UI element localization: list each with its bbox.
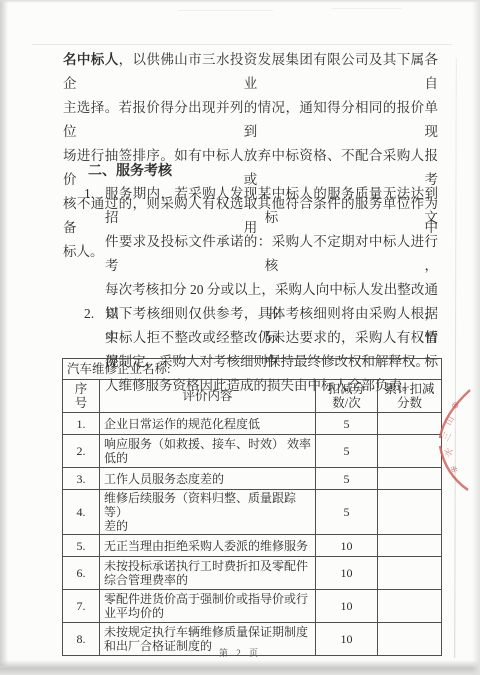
scan-artifact-line — [332, 8, 402, 9]
cell-deduct: 5 — [316, 490, 378, 535]
underlying-page-edge — [454, 58, 457, 658]
cell-cumulative — [378, 413, 442, 435]
page-edge-right — [472, 0, 480, 675]
cell-cumulative — [378, 435, 442, 468]
cell-cumulative — [378, 468, 442, 490]
header-no: 序 号 — [63, 380, 100, 413]
list-line: 服务期内，若采购人发现某中标人的服务质量无法达到招标文 — [105, 182, 438, 230]
section-heading-service-assessment: 二、服务考核 — [88, 161, 172, 183]
page-edge-top — [0, 0, 480, 3]
table-caption-row: 汽车维修企业名称: — [63, 359, 442, 380]
cell-deduct: 5 — [316, 435, 378, 468]
cell-content: 维修后续服务（资料归整、质量跟踪等） 差的 — [100, 490, 316, 535]
list-number: 2. — [84, 302, 102, 326]
cell-deduct: 10 — [316, 557, 378, 590]
header-content: 评价内容 — [100, 380, 316, 413]
table-row: 3. 工作人员服务态度差的 5 — [63, 468, 442, 490]
table-row: 5. 无正当理由拒绝采购人委派的维修服务 10 — [63, 535, 442, 557]
cell-cumulative — [378, 557, 442, 590]
table-row: 1. 企业日常运作的规范化程度低 5 — [63, 413, 442, 435]
cell-no: 1. — [63, 413, 100, 435]
cell-no: 3. — [63, 468, 100, 490]
bold-lead-text: 名中标人 — [63, 52, 119, 67]
list-number: 1. — [84, 182, 102, 206]
scan-artifact-line — [32, 44, 452, 45]
header-deduct: 扣减分 数/次 — [316, 380, 378, 413]
cell-content: 企业日常运作的规范化程度低 — [100, 413, 316, 435]
table-row: 7. 零配件进货价高于强制价或指导价或行 业平均价的 10 — [63, 590, 442, 623]
header-cumulative: 累计扣减 分数 — [378, 380, 442, 413]
table-row: 4. 维修后续服务（资料归整、质量跟踪等） 差的 5 — [63, 490, 442, 535]
cell-content: 无正当理由拒绝采购人委派的维修服务 — [100, 535, 316, 557]
cell-cumulative — [378, 590, 442, 623]
page-edge-bottom — [0, 660, 480, 675]
paragraph-text: ，以供佛山市三水投资发展集团有限公司及其下属各企业自 — [63, 52, 438, 91]
cell-no: 6. — [63, 557, 100, 590]
table-row: 2. 响应服务（如救援、接车、时效） 效率 低的 5 — [63, 435, 442, 468]
table-row: 6. 未按投标承诺执行工时费折扣及零配件 综合管理费率的 10 — [63, 557, 442, 590]
cell-cumulative — [378, 535, 442, 557]
cell-content: 响应服务（如救援、接车、时效） 效率 低的 — [100, 435, 316, 468]
cell-deduct: 10 — [316, 535, 378, 557]
company-name-label: 汽车维修企业名称: — [63, 359, 442, 380]
list-line: 件要求及投标文件承诺的：采购人不定期对中标人进行考核， — [105, 230, 438, 278]
paragraph-line: 主选择。若报价得分出现并列的情况，通知得分相同的报价单位到现 — [63, 96, 438, 144]
cell-no: 5. — [63, 535, 100, 557]
cell-deduct: 5 — [316, 468, 378, 490]
scan-artifact-line — [178, 10, 273, 11]
table-header-row: 序 号 评价内容 扣减分 数/次 累计扣减 分数 — [63, 380, 442, 413]
cell-content: 未按投标承诺执行工时费折扣及零配件 综合管理费率的 — [100, 557, 316, 590]
cell-no: 4. — [63, 490, 100, 535]
cell-no: 7. — [63, 590, 100, 623]
paragraph-line: 名中标人，以供佛山市三水投资发展集团有限公司及其下属各企业自 — [63, 48, 438, 96]
cell-no: 2. — [63, 435, 100, 468]
page-edge-left — [0, 0, 8, 666]
list-line: 以下考核细则仅供参考，具体考核细则将由采购人根据实际情 — [105, 302, 438, 350]
cell-content: 工作人员服务态度差的 — [100, 468, 316, 490]
page-number: 第 2 页 — [0, 646, 480, 659]
assessment-criteria-table: 汽车维修企业名称: 序 号 评价内容 扣减分 数/次 累计扣减 分数 1. 企业… — [62, 358, 442, 656]
cell-cumulative — [378, 490, 442, 535]
cell-deduct: 5 — [316, 413, 378, 435]
cell-content: 零配件进货价高于强制价或指导价或行 业平均价的 — [100, 590, 316, 623]
scanned-document-page: 名中标人，以供佛山市三水投资发展集团有限公司及其下属各企业自 主选择。若报价得分… — [0, 0, 480, 675]
cell-deduct: 10 — [316, 590, 378, 623]
